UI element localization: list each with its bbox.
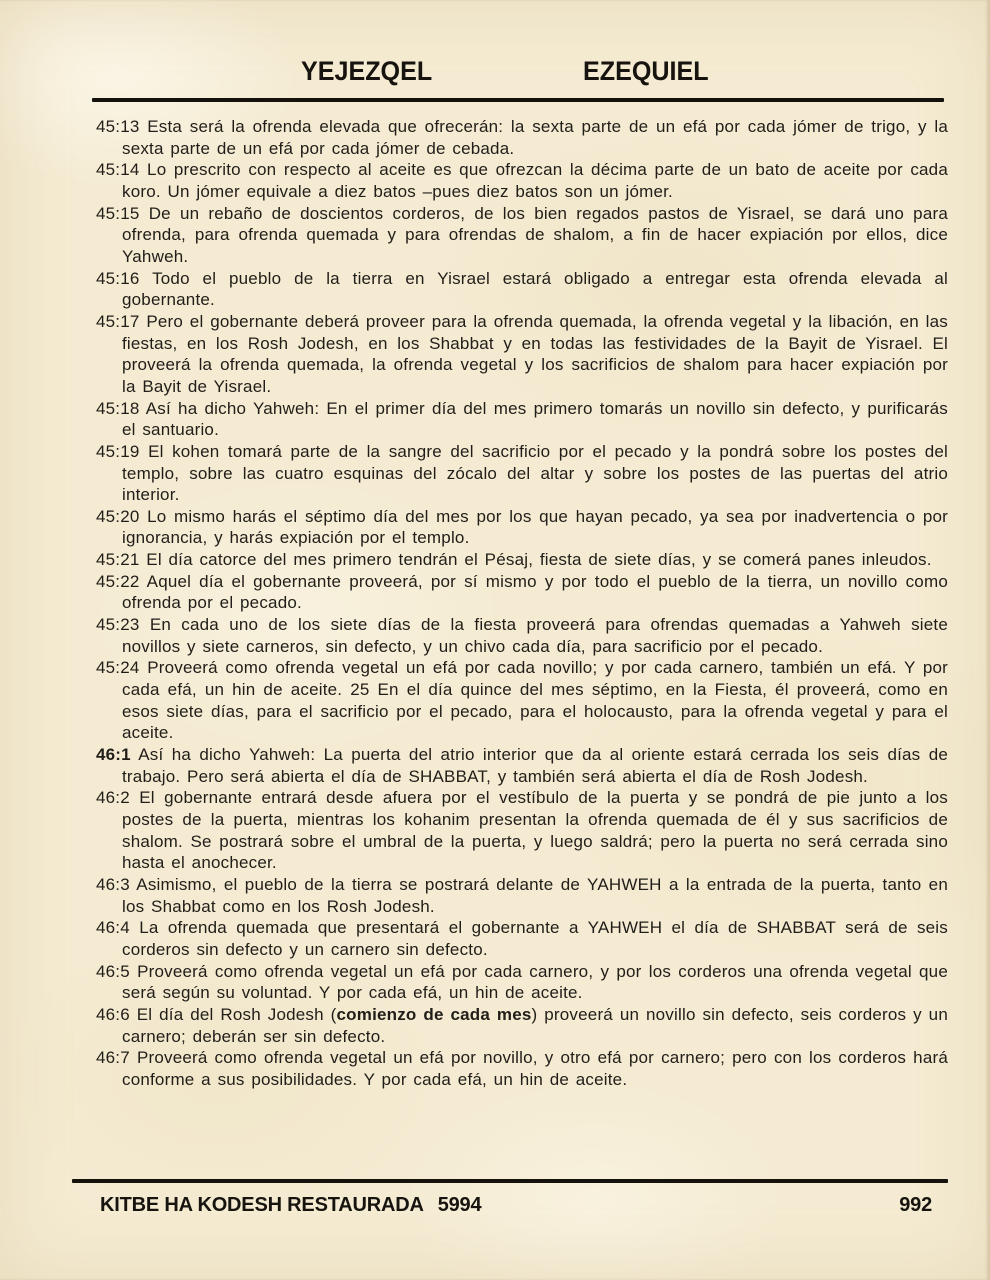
- verse-number: 45:18: [96, 399, 140, 418]
- header-divider-rule: [92, 98, 944, 102]
- verse: 46:6 El día del Rosh Jodesh (comienzo de…: [96, 1004, 948, 1047]
- verse-text-segment: El día catorce del mes primero tendrán e…: [146, 550, 931, 569]
- verse-number: 46:1: [96, 745, 131, 764]
- verse-text-segment: Así ha dicho Yahweh: La puerta del atrio…: [122, 745, 948, 786]
- scanned-document-page: { "header": { "left_title": "YEJEZQEL", …: [0, 0, 990, 1280]
- verse-number: 45:17: [96, 312, 140, 331]
- verse-number: 46:4: [96, 918, 130, 937]
- verse-number: 46:3: [96, 875, 130, 894]
- header-title-spanish: EZEQUIEL: [583, 57, 709, 85]
- verse: 45:15 De un rebaño de doscientos cordero…: [96, 203, 948, 268]
- verse-number: 45:16: [96, 269, 140, 288]
- verse-number: 46:7: [96, 1048, 130, 1067]
- verse-text-segment: La ofrenda quemada que presentará el gob…: [122, 918, 948, 959]
- verse: 45:20 Lo mismo harás el séptimo día del …: [96, 506, 948, 549]
- verse-text-segment: Lo mismo harás el séptimo día del mes po…: [122, 507, 948, 548]
- verse: 45:17 Pero el gobernante deberá proveer …: [96, 311, 948, 398]
- verse: 45:14 Lo prescrito con respecto al aceit…: [96, 159, 948, 202]
- verse: 46:2 El gobernante entrará desde afuera …: [96, 787, 948, 874]
- verse-text-segment: Aquel día el gobernante proveerá, por sí…: [122, 572, 948, 613]
- verse-number: 46:5: [96, 962, 130, 981]
- verse-text-segment: De un rebaño de doscientos corderos, de …: [122, 204, 948, 266]
- verse-text-segment: Lo prescrito con respecto al aceite es q…: [122, 160, 948, 201]
- verse-number: 45:13: [96, 117, 140, 136]
- verse-text-segment: Proveerá como ofrenda vegetal un efá por…: [122, 1048, 948, 1089]
- page-number: 992: [899, 1194, 932, 1217]
- verse-number: 45:21: [96, 550, 140, 569]
- footer-divider-rule: [72, 1179, 948, 1183]
- verse-text-segment: Esta será la ofrenda elevada que ofrecer…: [122, 117, 948, 158]
- verse-text-segment: El gobernante entrará desde afuera por e…: [122, 788, 948, 872]
- verse-text-segment: Asimismo, el pueblo de la tierra se post…: [122, 875, 948, 916]
- verse: 45:22 Aquel día el gobernante proveerá, …: [96, 571, 948, 614]
- verse-number: 45:19: [96, 442, 140, 461]
- footer-edition-title: KITBE HA KODESH RESTAURADA: [100, 1194, 424, 1216]
- verse-text-segment: El día del Rosh Jodesh (: [137, 1005, 337, 1024]
- header-title-hebrew: YEJEZQEL: [301, 57, 432, 85]
- verse: 46:1 Así ha dicho Yahweh: La puerta del …: [96, 744, 948, 787]
- verse: 45:16 Todo el pueblo de la tierra en Yis…: [96, 268, 948, 311]
- verse-number: 45:15: [96, 204, 140, 223]
- verse: 46:3 Asimismo, el pueblo de la tierra se…: [96, 874, 948, 917]
- verse-text-segment: Así ha dicho Yahweh: En el primer día de…: [122, 399, 948, 440]
- verse-number: 46:2: [96, 788, 130, 807]
- verse-text-segment: Pero el gobernante deberá proveer para l…: [122, 312, 948, 396]
- verse-number: 45:14: [96, 160, 140, 179]
- footer-row: KITBE HA KODESH RESTAURADA5994 992: [100, 1194, 932, 1217]
- verse: 45:13 Esta será la ofrenda elevada que o…: [96, 116, 948, 159]
- page: YEJEZQEL EZEQUIEL 45:13 Esta será la ofr…: [0, 0, 990, 1280]
- verse: 45:21 El día catorce del mes primero ten…: [96, 549, 948, 571]
- verse: 45:19 El kohen tomará parte de la sangre…: [96, 441, 948, 506]
- scripture-text: 45:13 Esta será la ofrenda elevada que o…: [96, 116, 948, 1091]
- verse: 46:4 La ofrenda quemada que presentará e…: [96, 917, 948, 960]
- verse: 45:18 Así ha dicho Yahweh: En el primer …: [96, 398, 948, 441]
- verse-number: 45:24: [96, 658, 140, 677]
- verse: 45:24 Proveerá como ofrenda vegetal un e…: [96, 657, 948, 744]
- verse: 46:5 Proveerá como ofrenda vegetal un ef…: [96, 961, 948, 1004]
- verse-text-segment: El kohen tomará parte de la sangre del s…: [122, 442, 948, 504]
- verse-number: 45:20: [96, 507, 140, 526]
- verse-text-segment: En cada uno de los siete días de la fies…: [122, 615, 948, 656]
- footer-edition-year: 5994: [438, 1194, 482, 1216]
- verse-text-segment: Proveerá como ofrenda vegetal un efá por…: [122, 658, 948, 742]
- footer-edition: KITBE HA KODESH RESTAURADA5994: [100, 1194, 481, 1217]
- verse-number: 45:23: [96, 615, 140, 634]
- verse: 45:23 En cada uno de los siete días de l…: [96, 614, 948, 657]
- verse-number: 46:6: [96, 1005, 130, 1024]
- verse: 46:7 Proveerá como ofrenda vegetal un ef…: [96, 1047, 948, 1090]
- verse-text-segment: Proveerá como ofrenda vegetal un efá por…: [122, 962, 948, 1003]
- verse-text-segment: Todo el pueblo de la tierra en Yisrael e…: [122, 269, 948, 310]
- verse-text-segment: comienzo de cada mes: [337, 1005, 532, 1024]
- verse-number: 45:22: [96, 572, 140, 591]
